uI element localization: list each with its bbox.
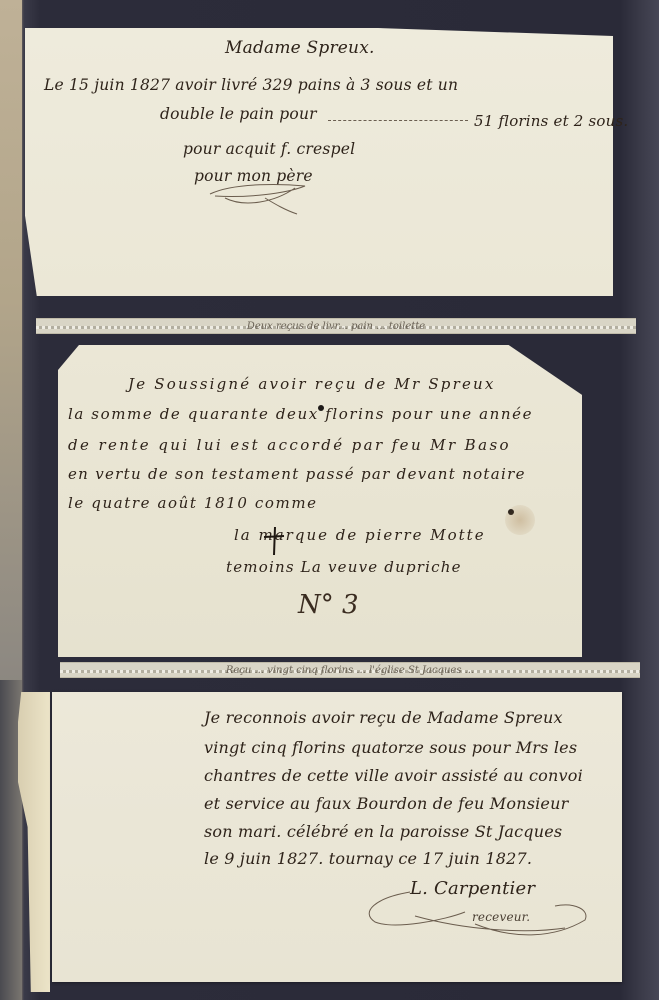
receipt-2-line-2: la somme de quarante deux florins pour u…	[68, 405, 533, 423]
receipt-3-line-3: chantres de cette ville avoir assisté au…	[204, 766, 583, 785]
receipt-3-line-4: et service au faux Bourdon de feu Monsie…	[204, 794, 568, 813]
receipt-1-amount: 51 florins et 2 sous.	[474, 112, 628, 130]
cross-mark-icon	[262, 525, 286, 557]
receipt-1-line-3: pour acquit f. crespel	[183, 140, 355, 158]
receipt-2-line-1: Je Soussigné avoir reçu de Mr Spreux	[128, 375, 496, 393]
receipt-3-line-1: Je reconnois avoir reçu de Madame Spreux	[204, 708, 563, 727]
receipt-2-line-4: en vertu de son testament passé par deva…	[68, 465, 526, 483]
receipt-1-heading: Madame Spreux.	[225, 38, 375, 58]
receipt-1-dash-leader	[328, 120, 468, 121]
signature-flourish-icon	[355, 880, 595, 950]
sleeve-caption-2: Reçu ... vingt cinq florins ... l'église…	[60, 663, 640, 678]
sleeve-strip-2: Reçu ... vingt cinq florins ... l'église…	[60, 662, 640, 678]
ink-stain	[505, 505, 535, 535]
receipt-2-number: N° 3	[298, 590, 359, 620]
receipt-3-line-5: son mari. célébré en la paroisse St Jacq…	[204, 822, 562, 841]
receipt-1-line-1: Le 15 juin 1827 avoir livré 329 pains à …	[44, 76, 458, 94]
receipt-1-line-2: double le pain pour	[160, 105, 317, 123]
receipt-3-line-2: vingt cinq florins quatorze sous pour Mr…	[204, 738, 577, 757]
receipt-2-line-3: de rente qui lui est accordé par feu Mr …	[68, 436, 511, 454]
receipt-1-paper	[25, 28, 613, 296]
sleeve-caption-1: Deux reçus de livr... pain ... toilette	[36, 319, 636, 334]
receipt-3-line-6: le 9 juin 1827. tournay ce 17 juin 1827.	[204, 849, 532, 868]
receipt-2-line-5: le quatre août 1810 comme	[68, 494, 318, 512]
receipt-2-line-7: temoins La veuve dupriche	[226, 558, 462, 576]
sleeve-strip-1: Deux reçus de livr... pain ... toilette	[36, 318, 636, 334]
signature-flourish-icon	[205, 180, 315, 220]
